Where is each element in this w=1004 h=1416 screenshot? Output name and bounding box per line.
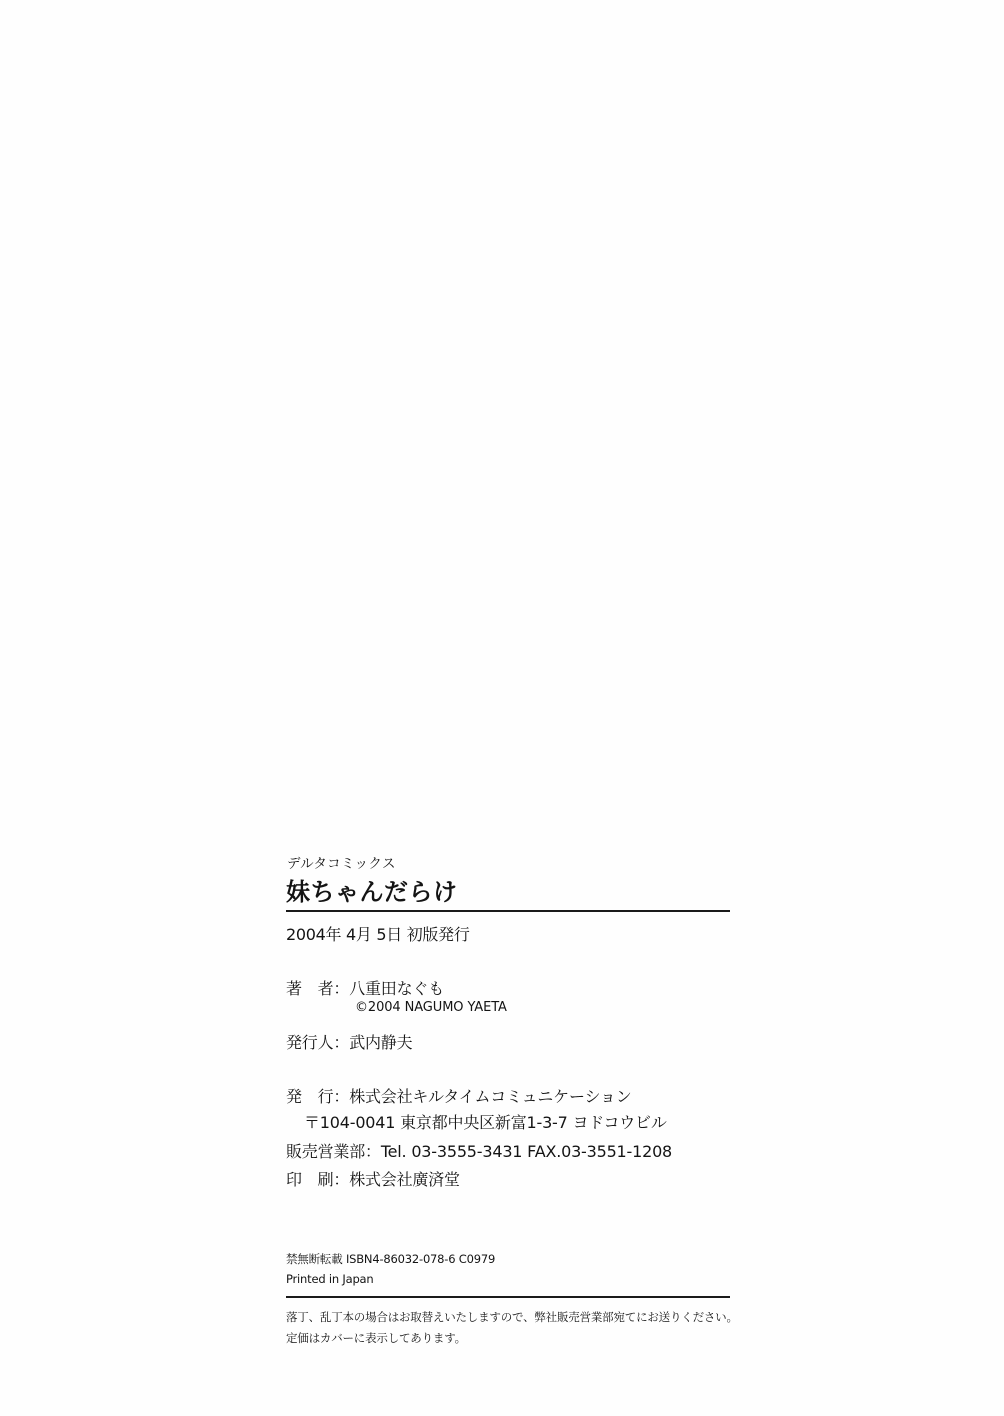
author-row: 著 者：八重田なぐも [286, 976, 444, 999]
edition-date: 2004年 4月 5日 初版発行 [286, 922, 470, 945]
sales-label: 販売営業部： [286, 1139, 381, 1162]
notice-divider [286, 1296, 730, 1298]
series-name: デルタコミックス [287, 852, 396, 872]
publisher-person-label: 発行人： [286, 1030, 349, 1053]
publisher-name: 株式会社キルタイムコミュニケーション [349, 1087, 631, 1106]
sales-contact: Tel. 03-3555-3431 FAX.03-3551-1208 [381, 1142, 672, 1161]
sales-row: 販売営業部：Tel. 03-3555-3431 FAX.03-3551-1208 [286, 1139, 672, 1162]
publisher-label: 発 行： [286, 1084, 349, 1107]
publisher-person-row: 発行人：武内静夫 [286, 1030, 412, 1053]
book-title: 妹ちゃんだらけ [286, 872, 458, 907]
price-notice: 定価はカバーに表示してあります。 [286, 1330, 466, 1346]
publisher-address: 〒104-0041 東京都中央区新富1-3-7 ヨドコウビル [304, 1110, 667, 1133]
printed-in-japan: Printed in Japan [286, 1272, 374, 1286]
printer-label: 印 刷： [286, 1167, 349, 1190]
isbn-line: 禁無断転載 ISBN4-86032-078-6 C0979 [286, 1251, 495, 1267]
title-divider [286, 910, 730, 912]
author-label: 著 者： [286, 976, 349, 999]
author-name: 八重田なぐも [349, 979, 444, 998]
author-copyright: ©2004 NAGUMO YAETA [355, 1000, 507, 1015]
publisher-person-name: 武内静夫 [349, 1033, 412, 1052]
publisher-row: 発 行：株式会社キルタイムコミュニケーション [286, 1084, 632, 1107]
printer-name: 株式会社廣済堂 [349, 1170, 460, 1189]
printer-row: 印 刷：株式会社廣済堂 [286, 1167, 460, 1190]
return-notice: 落丁、乱丁本の場合はお取替えいたしますので、弊社販売営業部宛てにお送りください。 [286, 1309, 738, 1325]
colophon-page: デルタコミックス 妹ちゃんだらけ 2004年 4月 5日 初版発行 著 者：八重… [0, 0, 1004, 1416]
